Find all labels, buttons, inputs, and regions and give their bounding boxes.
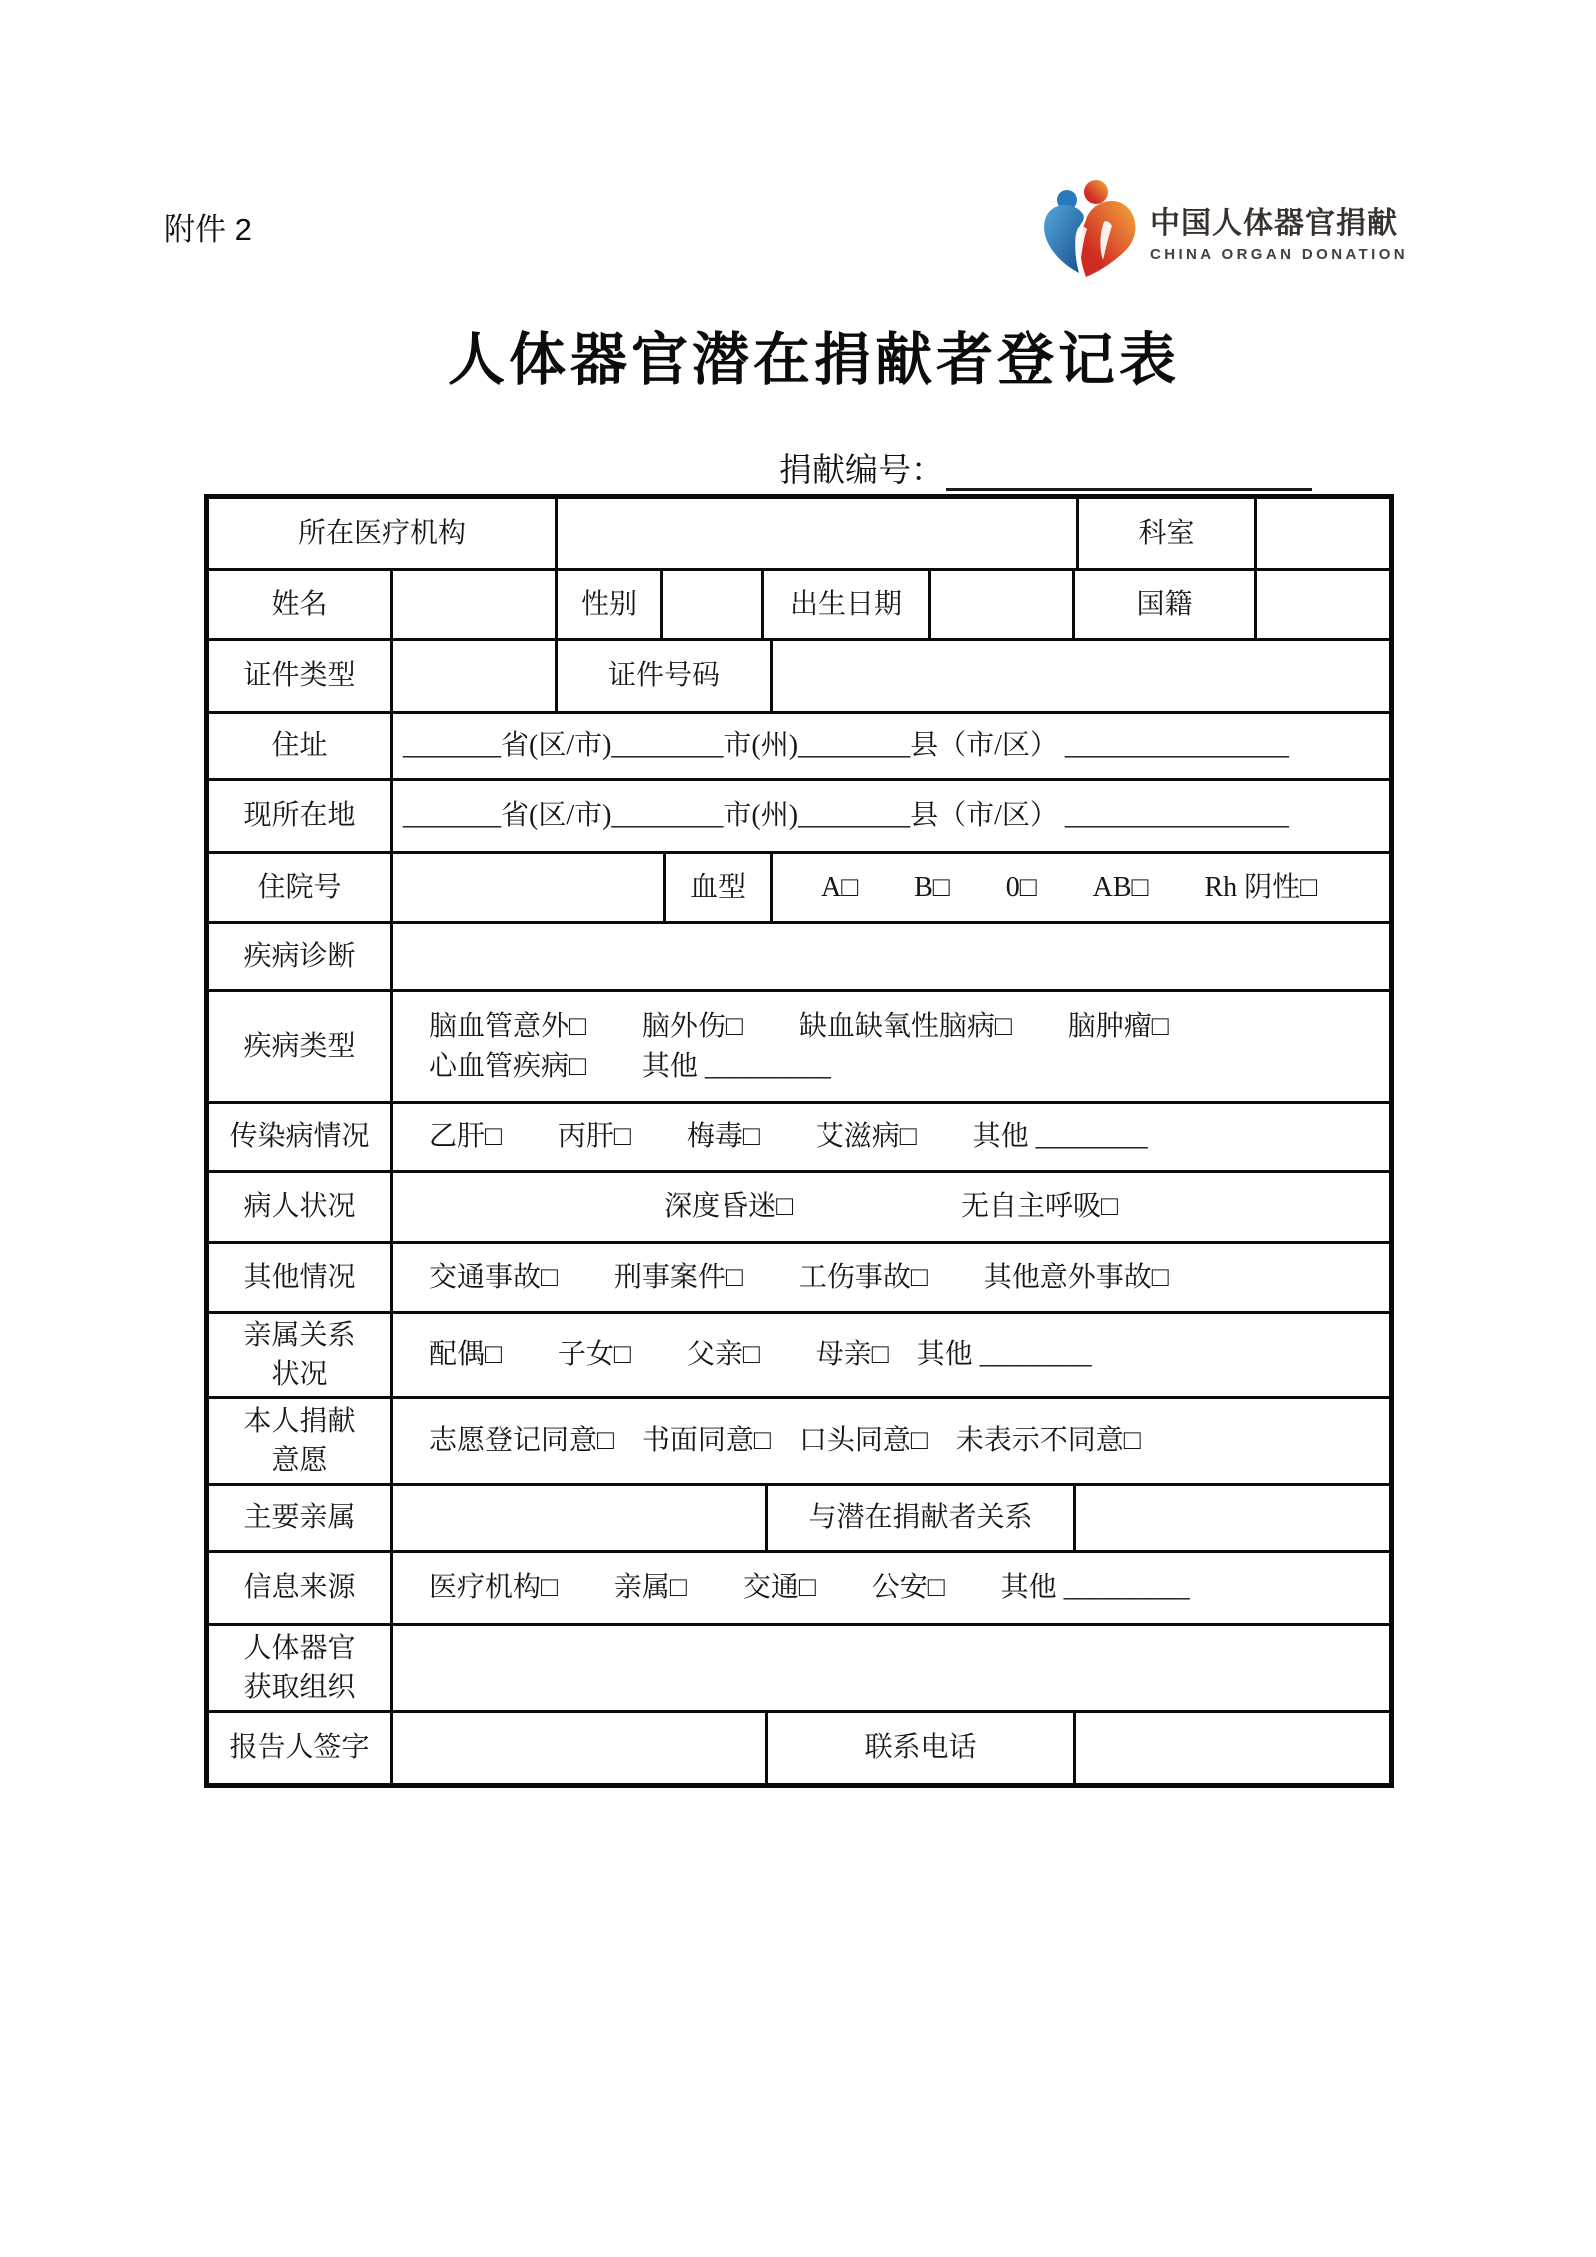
logo-chinese-name: 中国人体器官捐献 bbox=[1150, 198, 1408, 242]
form-title: 人体器官潜在捐献者登记表 bbox=[448, 314, 1180, 396]
label-address: 住址 bbox=[209, 714, 393, 778]
donation-will-options: 志愿登记同意□ 书面同意□ 口头同意□ 未表示不同意□ bbox=[393, 1399, 1389, 1483]
registration-table: 所在医疗机构 科室 姓名 性别 出生日期 国籍 证件类型 证件号码 住址 ___… bbox=[204, 494, 1394, 1788]
label-nationality: 国籍 bbox=[1075, 571, 1257, 638]
heart-figures-icon bbox=[1036, 178, 1142, 282]
disease-type-options: 脑血管意外□ 脑外伤□ 缺血缺氧性脑病□ 脑肿瘤□ 心血管疾病□ 其他 ____… bbox=[393, 992, 1389, 1101]
field-id-number bbox=[773, 641, 1389, 711]
label-patient-status: 病人状况 bbox=[209, 1173, 393, 1241]
donation-number-blank bbox=[946, 448, 1312, 491]
field-name bbox=[393, 571, 558, 638]
row-info-source: 信息来源 医疗机构□ 亲属□ 交通□ 公安□ 其他 _________ bbox=[209, 1553, 1389, 1626]
label-disease-diagnosis: 疾病诊断 bbox=[209, 924, 393, 989]
label-blood-type: 血型 bbox=[666, 854, 773, 921]
row-main-relative: 主要亲属 与潜在捐献者关系 bbox=[209, 1486, 1389, 1553]
row-infectious-disease: 传染病情况 乙肝□ 丙肝□ 梅毒□ 艾滋病□ 其他 ________ bbox=[209, 1104, 1389, 1173]
row-medical-institution: 所在医疗机构 科室 bbox=[209, 499, 1389, 571]
field-relation-to-donor bbox=[1076, 1486, 1389, 1550]
field-nationality bbox=[1257, 571, 1389, 638]
row-disease-diagnosis: 疾病诊断 bbox=[209, 924, 1389, 992]
row-donation-will: 本人捐献 意愿 志愿登记同意□ 书面同意□ 口头同意□ 未表示不同意□ bbox=[209, 1399, 1389, 1486]
logo-english-name: CHINA ORGAN DONATION bbox=[1150, 246, 1408, 263]
field-address-blanks: _______省(区/市)________市(州)________县（市/区） … bbox=[393, 714, 1389, 778]
label-info-source: 信息来源 bbox=[209, 1553, 393, 1623]
field-medical-institution bbox=[558, 499, 1079, 568]
info-source-options: 医疗机构□ 亲属□ 交通□ 公安□ 其他 _________ bbox=[393, 1553, 1389, 1623]
label-other-situation: 其他情况 bbox=[209, 1244, 393, 1311]
field-contact-phone bbox=[1076, 1713, 1389, 1783]
row-current-location: 现所在地 _______省(区/市)________市(州)________县（… bbox=[209, 781, 1389, 854]
label-family-relation: 亲属关系 状况 bbox=[209, 1314, 393, 1396]
label-hospital-number: 住院号 bbox=[209, 854, 393, 921]
registration-form-page: 附件 2 中国人体器官捐献 CHINA ORGAN DONATIO bbox=[0, 0, 1596, 2257]
field-id-type bbox=[393, 641, 558, 711]
label-medical-institution: 所在医疗机构 bbox=[209, 499, 558, 568]
row-address: 住址 _______省(区/市)________市(州)________县（市/… bbox=[209, 714, 1389, 781]
donation-number-line: 捐献编号： bbox=[779, 444, 1312, 491]
label-donation-will: 本人捐献 意愿 bbox=[209, 1399, 393, 1483]
field-disease-diagnosis bbox=[393, 924, 1389, 989]
field-main-relative bbox=[393, 1486, 768, 1550]
family-relation-options: 配偶□ 子女□ 父亲□ 母亲□ 其他 ________ bbox=[393, 1314, 1389, 1396]
row-name: 姓名 性别 出生日期 国籍 bbox=[209, 571, 1389, 641]
row-id-type: 证件类型 证件号码 bbox=[209, 641, 1389, 714]
label-id-type: 证件类型 bbox=[209, 641, 393, 711]
logo-text: 中国人体器官捐献 CHINA ORGAN DONATION bbox=[1150, 198, 1408, 263]
field-current-location-blanks: _______省(区/市)________市(州)________县（市/区） … bbox=[393, 781, 1389, 851]
donation-number-label: 捐献编号： bbox=[779, 453, 944, 489]
label-relation-to-donor: 与潜在捐献者关系 bbox=[768, 1486, 1076, 1550]
label-contact-phone: 联系电话 bbox=[768, 1713, 1076, 1783]
field-birth-date bbox=[931, 571, 1075, 638]
other-situation-options: 交通事故□ 刑事案件□ 工伤事故□ 其他意外事故□ bbox=[393, 1244, 1389, 1311]
field-gender bbox=[663, 571, 764, 638]
row-reporter-signature: 报告人签字 联系电话 bbox=[209, 1713, 1389, 1783]
field-reporter-signature bbox=[393, 1713, 768, 1783]
attachment-label: 附件 2 bbox=[164, 204, 252, 249]
row-patient-status: 病人状况 深度昏迷□ 无自主呼吸□ bbox=[209, 1173, 1389, 1244]
row-family-relation: 亲属关系 状况 配偶□ 子女□ 父亲□ 母亲□ 其他 ________ bbox=[209, 1314, 1389, 1399]
label-birth-date: 出生日期 bbox=[764, 571, 931, 638]
label-gender: 性别 bbox=[558, 571, 663, 638]
row-disease-type: 疾病类型 脑血管意外□ 脑外伤□ 缺血缺氧性脑病□ 脑肿瘤□ 心血管疾病□ 其他… bbox=[209, 992, 1389, 1104]
label-department: 科室 bbox=[1079, 499, 1257, 568]
infectious-disease-options: 乙肝□ 丙肝□ 梅毒□ 艾滋病□ 其他 ________ bbox=[393, 1104, 1389, 1170]
label-disease-type: 疾病类型 bbox=[209, 992, 393, 1101]
label-current-location: 现所在地 bbox=[209, 781, 393, 851]
patient-status-options: 深度昏迷□ 无自主呼吸□ bbox=[393, 1173, 1389, 1241]
label-infectious-disease: 传染病情况 bbox=[209, 1104, 393, 1170]
label-id-number: 证件号码 bbox=[558, 641, 773, 711]
row-other-situation: 其他情况 交通事故□ 刑事案件□ 工伤事故□ 其他意外事故□ bbox=[209, 1244, 1389, 1314]
label-main-relative: 主要亲属 bbox=[209, 1486, 393, 1550]
field-department bbox=[1257, 499, 1389, 568]
row-hospital-number: 住院号 血型 A□ B□ 0□ AB□ Rh 阴性□ bbox=[209, 854, 1389, 924]
label-opo: 人体器官 获取组织 bbox=[209, 1626, 393, 1710]
label-name: 姓名 bbox=[209, 571, 393, 638]
field-opo bbox=[393, 1626, 1389, 1710]
blood-type-options: A□ B□ 0□ AB□ Rh 阴性□ bbox=[773, 854, 1389, 921]
row-opo: 人体器官 获取组织 bbox=[209, 1626, 1389, 1713]
label-reporter-signature: 报告人签字 bbox=[209, 1713, 393, 1783]
field-hospital-number bbox=[393, 854, 666, 921]
china-organ-donation-logo: 中国人体器官捐献 CHINA ORGAN DONATION bbox=[1036, 178, 1408, 282]
